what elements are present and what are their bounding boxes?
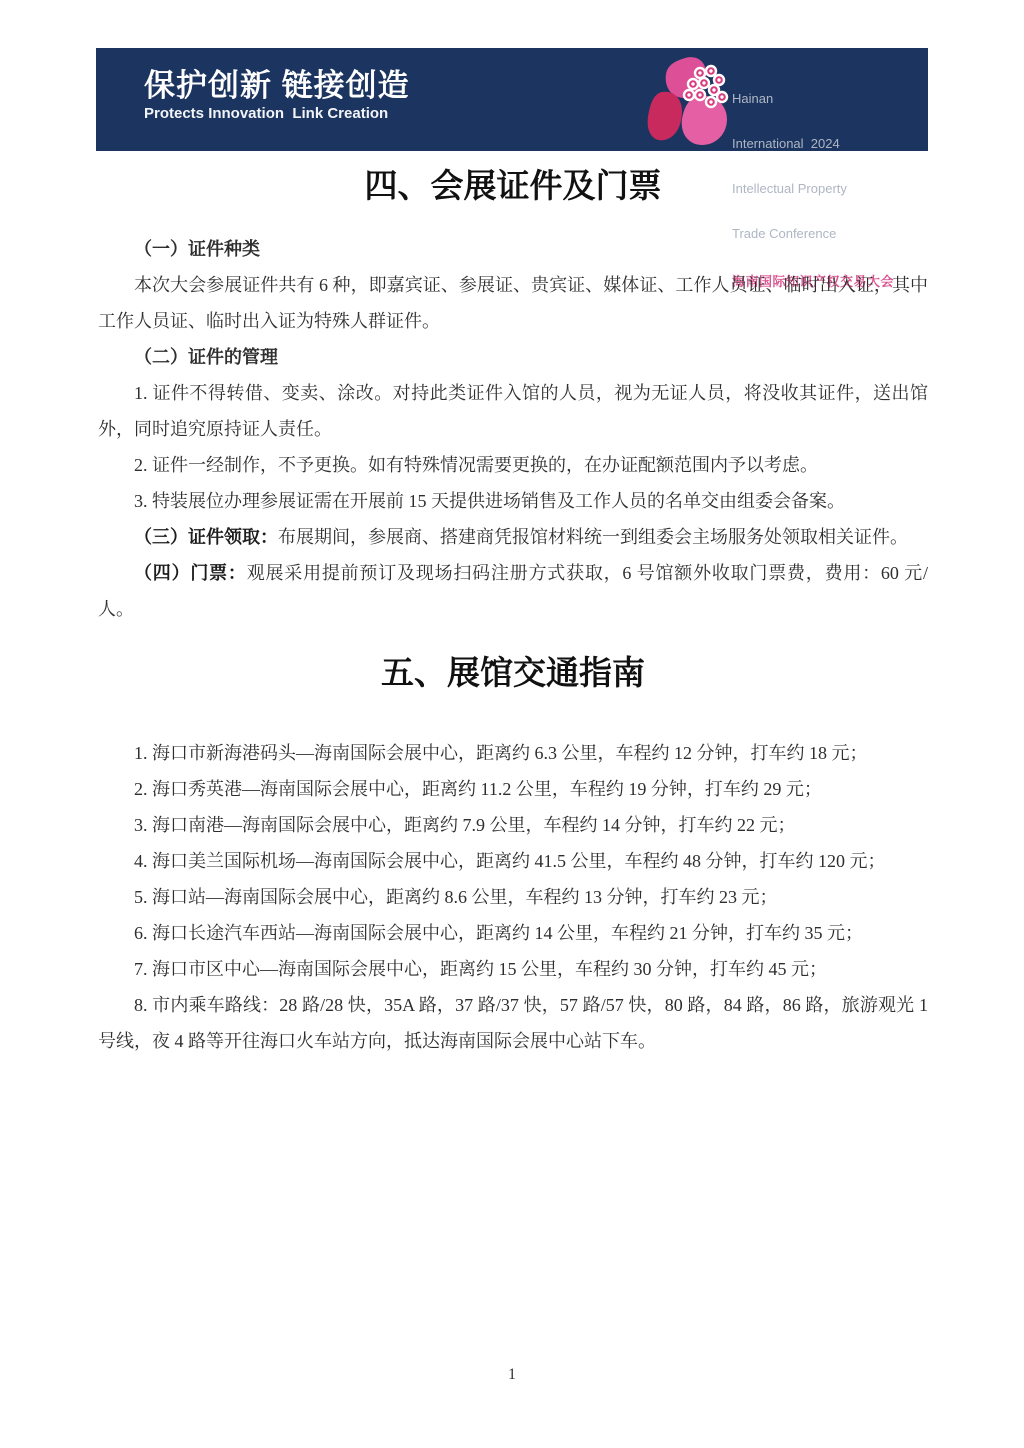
document-body: 四、会展证件及门票 （一）证件种类 本次大会参展证件共有 6 种，即嘉宾证、参展… xyxy=(98,151,928,1059)
logo-line-1: Hainan xyxy=(732,91,922,106)
para-credential-types: 本次大会参展证件共有 6 种，即嘉宾证、参展证、贵宾证、媒体证、工作人员证、临时… xyxy=(98,267,928,339)
para-management-rule-1: 1. 证件不得转借、变卖、涂改。对持此类证件入馆的人员，视为无证人员，将没收其证… xyxy=(98,375,928,447)
para-tickets: （四）门票：观展采用提前预订及现场扫码注册方式获取，6 号馆额外收取门票费，费用… xyxy=(98,555,928,627)
lead-tickets: （四）门票： xyxy=(134,563,247,583)
logo-line-2: International 2024 xyxy=(732,136,922,151)
slogan-english: Protects Innovation Link Creation xyxy=(144,105,410,122)
bougainvillea-flower-icon xyxy=(647,55,737,147)
document-page: 保护创新 链接创造 Protects Innovation Link Creat… xyxy=(0,0,1024,1448)
heading-credential-management: （二）证件的管理 xyxy=(98,339,928,375)
transport-item-1: 1. 海口市新海港码头—海南国际会展中心，距离约 6.3 公里，车程约 12 分… xyxy=(98,735,928,771)
transport-item-5: 5. 海口站—海南国际会展中心，距离约 8.6 公里，车程约 13 分钟，打车约… xyxy=(98,879,928,915)
transport-item-7: 7. 海口市区中心—海南国际会展中心，距离约 15 公里，车程约 30 分钟，打… xyxy=(98,951,928,987)
section4-title: 四、会展证件及门票 xyxy=(98,165,928,209)
lead-credential-pickup: （三）证件领取： xyxy=(134,527,278,547)
para-credential-pickup: （三）证件领取：布展期间，参展商、搭建商凭报馆材料统一到组委会主场服务处领取相关… xyxy=(98,519,928,555)
transport-item-6: 6. 海口长途汽车西站—海南国际会展中心，距离约 14 公里，车程约 21 分钟… xyxy=(98,915,928,951)
page-number: 1 xyxy=(508,1366,516,1383)
para-management-rule-3: 3. 特装展位办理参展证需在开展前 15 天提供进场销售及工作人员的名单交由组委… xyxy=(98,483,928,519)
transport-item-3: 3. 海口南港—海南国际会展中心，距离约 7.9 公里，车程约 14 分钟，打车… xyxy=(98,807,928,843)
transport-item-8: 8. 市内乘车路线：28 路/28 快，35A 路，37 路/37 快，57 路… xyxy=(98,987,928,1059)
transport-item-2: 2. 海口秀英港—海南国际会展中心，距离约 11.2 公里，车程约 19 分钟，… xyxy=(98,771,928,807)
para-management-rule-2: 2. 证件一经制作，不予更换。如有特殊情况需要更换的，在办证配额范围内予以考虑。 xyxy=(98,447,928,483)
transport-item-4: 4. 海口美兰国际机场—海南国际会展中心，距离约 41.5 公里，车程约 48 … xyxy=(98,843,928,879)
heading-credential-types: （一）证件种类 xyxy=(98,231,928,267)
text-credential-pickup: 布展期间，参展商、搭建商凭报馆材料统一到组委会主场服务处领取相关证件。 xyxy=(278,527,908,547)
conference-banner: 保护创新 链接创造 Protects Innovation Link Creat… xyxy=(96,48,928,151)
section5-title: 五、展馆交通指南 xyxy=(98,652,928,696)
banner-slogan: 保护创新 链接创造 Protects Innovation Link Creat… xyxy=(144,69,410,122)
slogan-chinese: 保护创新 链接创造 xyxy=(144,69,410,103)
page-footer: 1 xyxy=(0,1366,1024,1384)
